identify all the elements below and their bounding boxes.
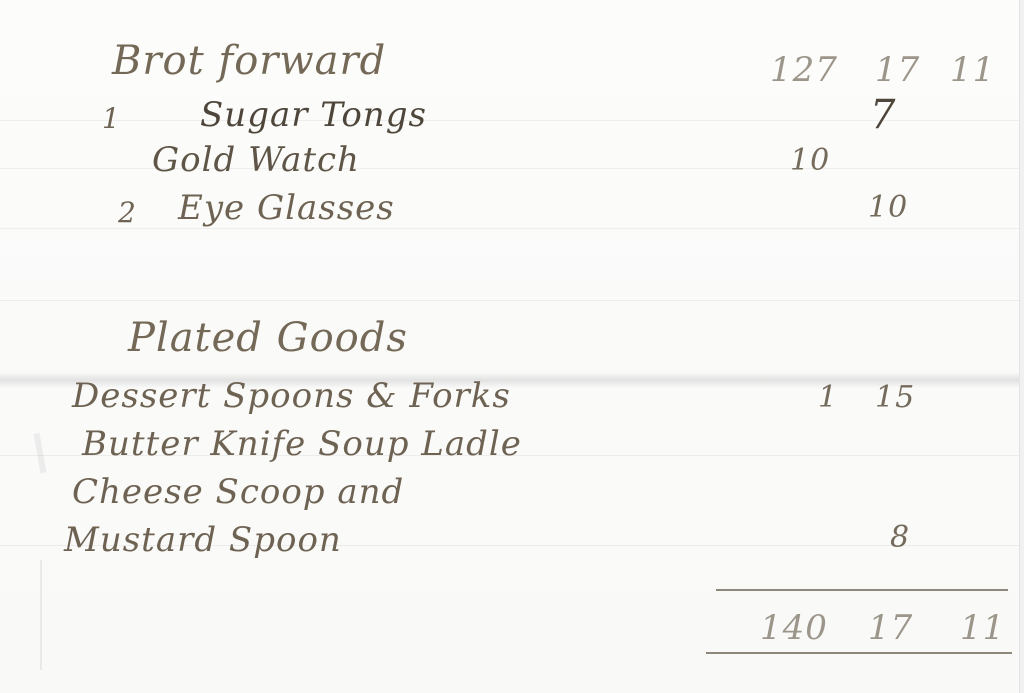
section-line: Dessert Spoons & Forks (72, 376, 511, 416)
amount-pence: 11 (950, 50, 995, 90)
amount-pounds: 1 (818, 380, 838, 415)
entry-quantity: 2 (118, 196, 137, 229)
amount-pounds: 127 (770, 50, 838, 90)
amount-shillings: 7 (870, 92, 896, 138)
bleed-through-mark (40, 560, 42, 670)
amount-shillings: 8 (890, 520, 910, 555)
section-line: Cheese Scoop and (72, 472, 404, 512)
bleed-through-mark (34, 433, 47, 473)
amount-pounds: 10 (790, 143, 830, 178)
total-rule-top (716, 589, 1008, 591)
ledger-page: Brot forward 127 17 11 1 Sugar Tongs 7 G… (0, 0, 1024, 693)
page-edge (1019, 0, 1024, 693)
entry-description: Sugar Tongs (200, 95, 427, 135)
faint-rule (0, 300, 1024, 301)
entry-description: Gold Watch (152, 140, 360, 180)
section-line: Butter Knife Soup Ladle (82, 424, 522, 464)
entry-quantity: 1 (102, 102, 121, 135)
amount-shillings: 10 (868, 190, 908, 225)
total-rule-bottom (706, 652, 1012, 654)
section-heading: Plated Goods (128, 315, 408, 361)
total-pence: 11 (960, 608, 1005, 648)
amount-shillings: 17 (875, 50, 920, 90)
entry-description: Brot forward (112, 38, 386, 84)
amount-shillings: 15 (875, 380, 915, 415)
section-line: Mustard Spoon (64, 520, 342, 560)
faint-rule (0, 228, 1024, 229)
total-pounds: 140 (760, 608, 828, 648)
total-shillings: 17 (868, 608, 913, 648)
entry-description: Eye Glasses (178, 188, 395, 228)
